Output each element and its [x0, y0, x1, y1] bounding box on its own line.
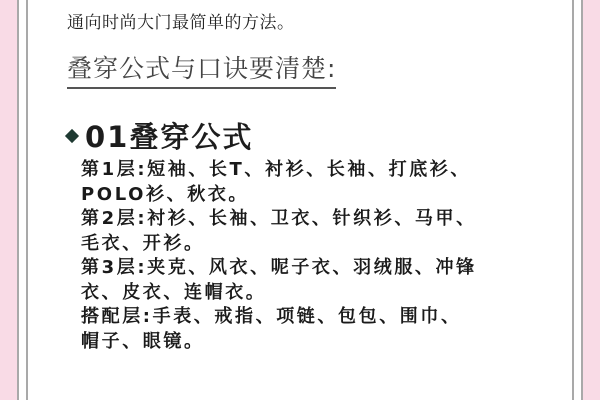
- content-panel: 通向时尚大门最简单的方法。 叠穿公式与口诀要清楚: 01叠穿公式 第1层:短袖、…: [26, 0, 574, 400]
- section-title-text: 01叠穿公式: [85, 115, 253, 156]
- layer-1-line-1: 第1层:短袖、长T、衬衫、长袖、打底衫、: [81, 158, 477, 183]
- section-body: 第1层:短袖、长T、衬衫、长袖、打底衫、 POLO衫、秋衣。 第2层:衬衫、长袖…: [81, 158, 477, 354]
- section-title: 01叠穿公式: [65, 115, 253, 156]
- layer-3-line-1: 第3层:夹克、风衣、呢子衣、羽绒服、冲锋: [81, 256, 477, 281]
- subheading: 叠穿公式与口诀要清楚:: [67, 49, 336, 89]
- intro-text: 通向时尚大门最简单的方法。: [67, 8, 295, 33]
- accessory-layer-line-2: 帽子、眼镜。: [81, 330, 477, 355]
- layer-2-line-2: 毛衣、开衫。: [81, 232, 477, 257]
- layer-3-line-2: 衣、皮衣、连帽衣。: [81, 281, 477, 306]
- layer-2-line-1: 第2层:衬衫、长袖、卫衣、针织衫、马甲、: [81, 207, 477, 232]
- diamond-icon: [65, 128, 79, 142]
- layer-1-line-2: POLO衫、秋衣。: [81, 183, 477, 208]
- accessory-layer-line-1: 搭配层:手表、戒指、项链、包包、围巾、: [81, 305, 477, 330]
- outer-frame: 通向时尚大门最简单的方法。 叠穿公式与口诀要清楚: 01叠穿公式 第1层:短袖、…: [17, 0, 583, 400]
